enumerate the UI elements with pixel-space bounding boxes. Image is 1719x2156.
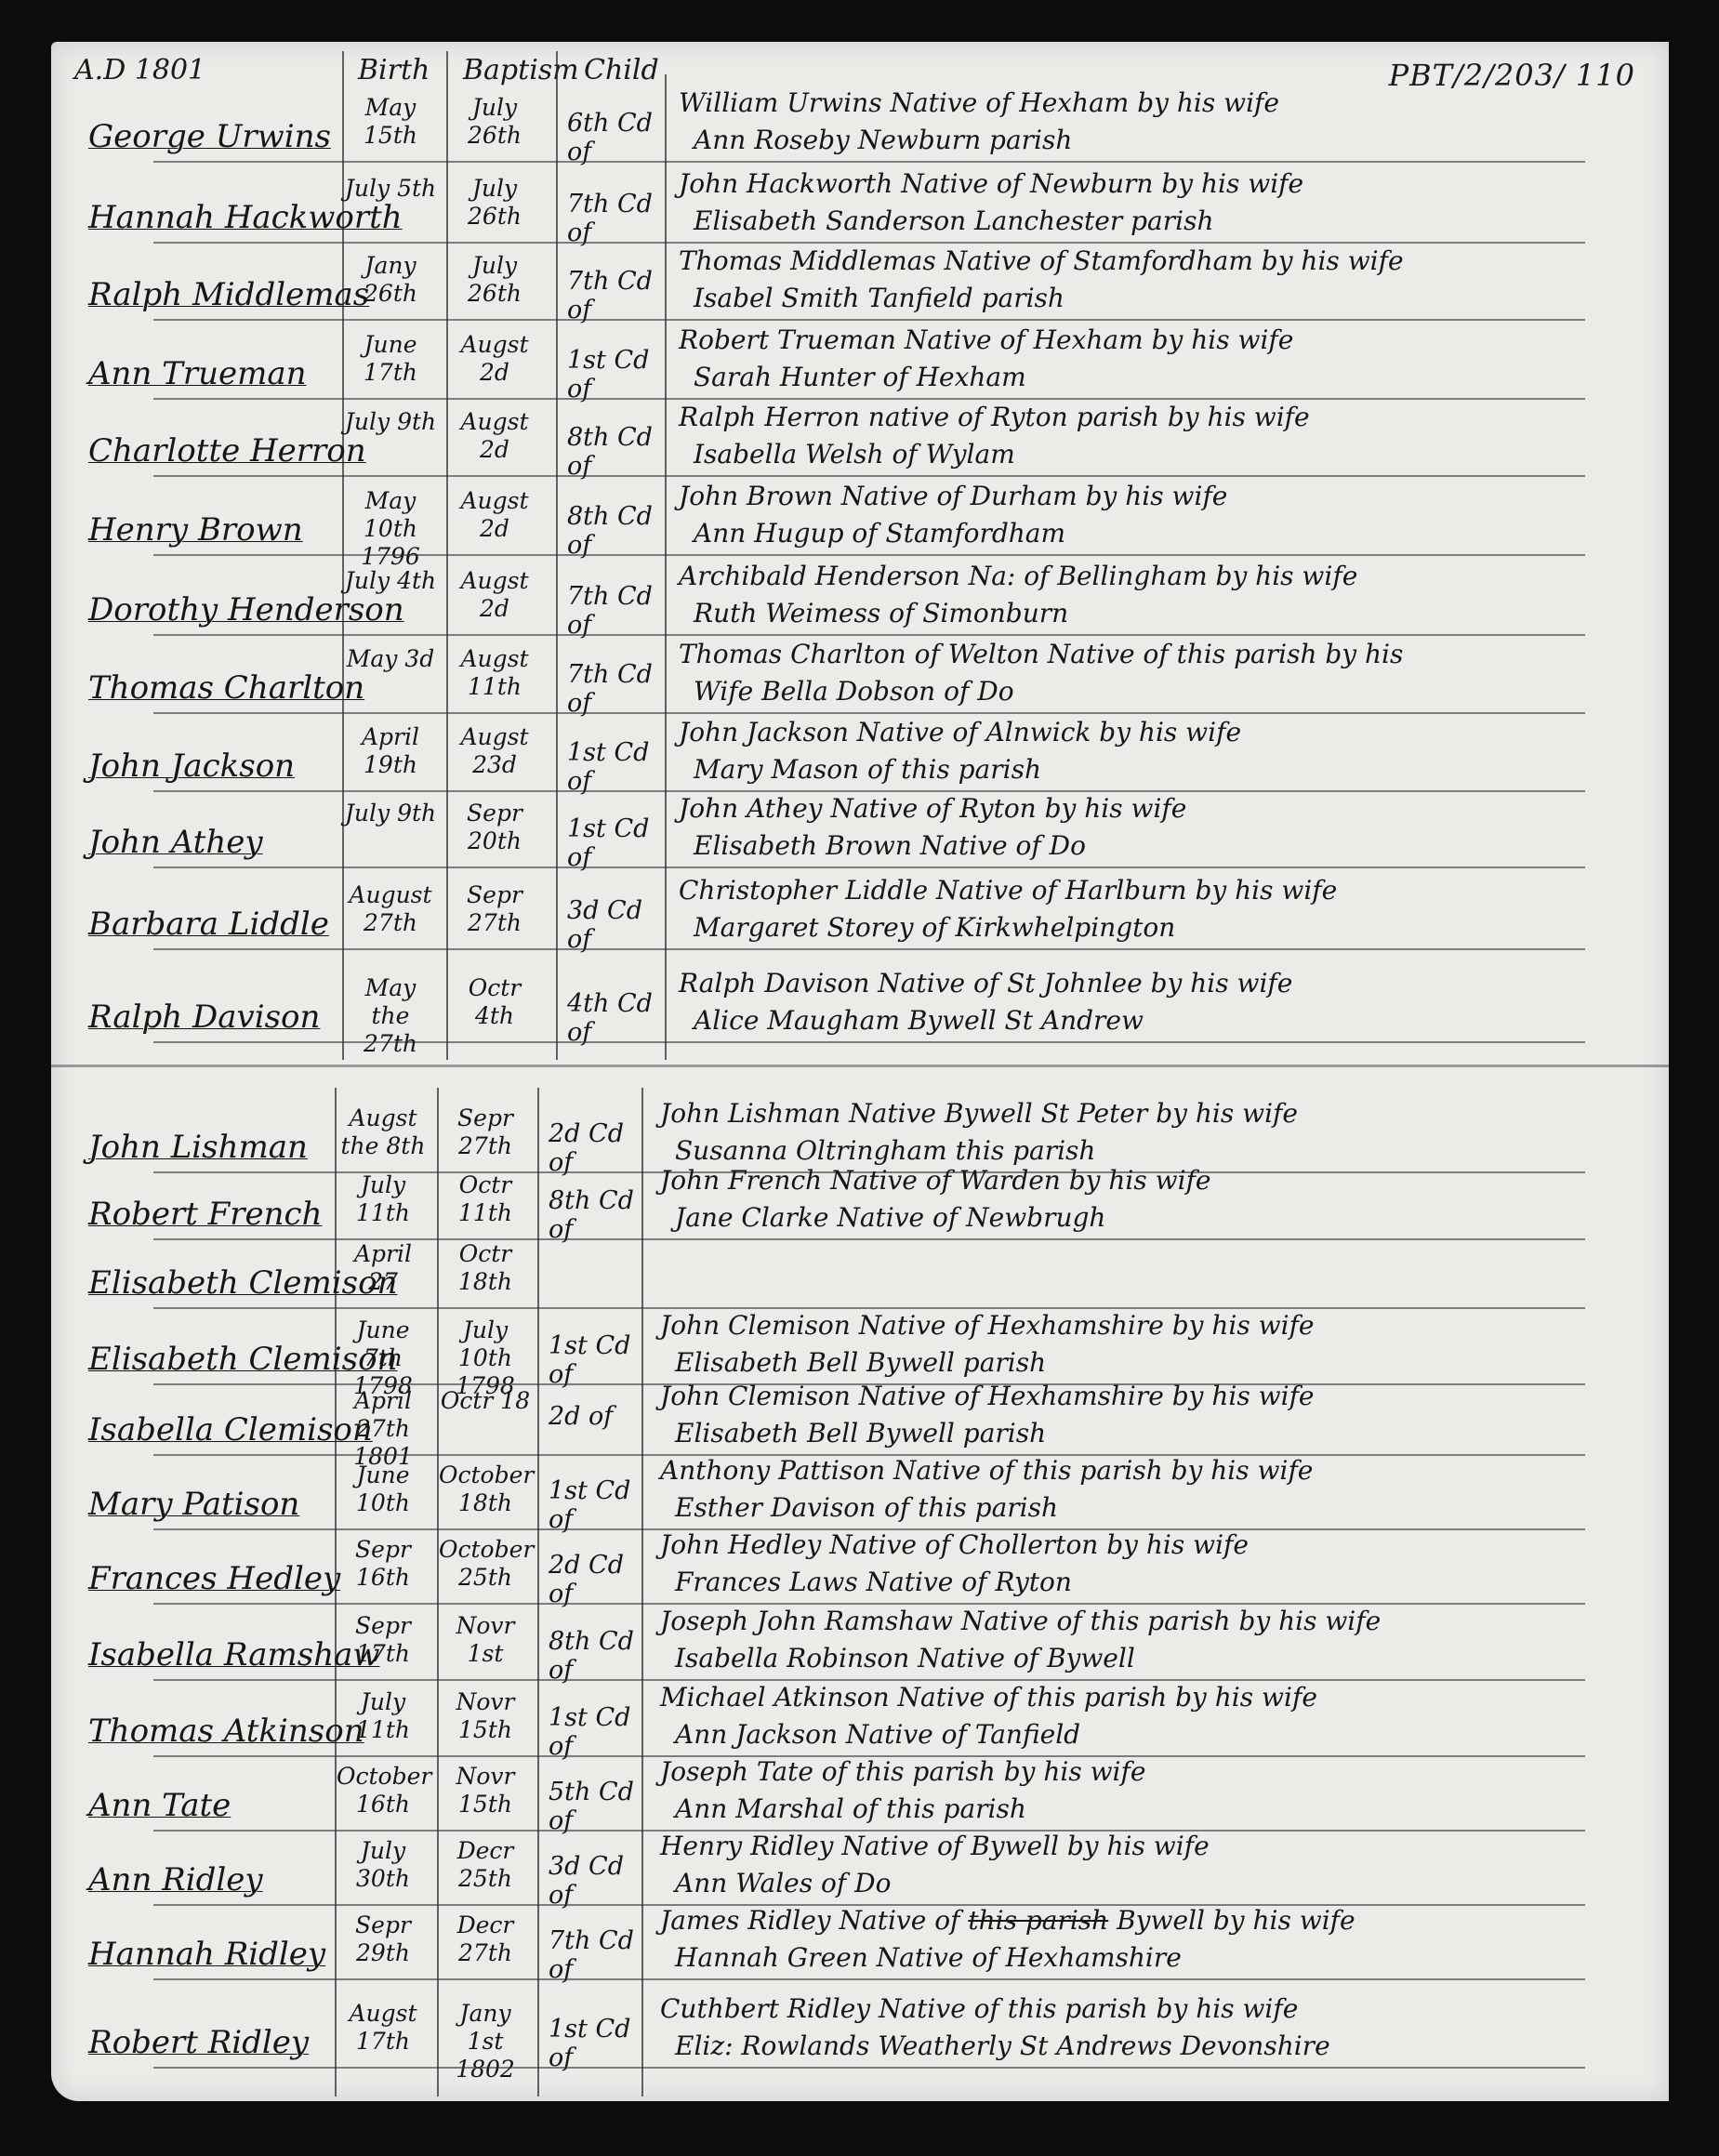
- register-entry: Elisabeth Clemison June 7th 1798 July 10…: [51, 1309, 1669, 1385]
- parents-record: John Brown Native of Durham by his wife …: [679, 478, 1227, 552]
- parents-line-2: Jane Clarke Native of Newbrugh: [660, 1199, 1211, 1237]
- parents-record: Ralph Herron native of Ryton parish by h…: [679, 399, 1310, 473]
- child-name: Charlotte Herron: [88, 432, 366, 470]
- parents-line-2: Elisabeth Bell Bywell parish: [660, 1344, 1315, 1382]
- parents-record: Joseph Tate of this parish by his wife A…: [660, 1753, 1145, 1828]
- parents-record: John French Native of Warden by his wife…: [660, 1162, 1211, 1237]
- baptism-date: Sepr 27th: [448, 881, 541, 937]
- child-name: Ann Ridley: [88, 1861, 263, 1898]
- parents-record: Thomas Charlton of Welton Native of this…: [679, 636, 1403, 710]
- parents-line-1: John Athey Native of Ryton by his wife: [679, 793, 1186, 824]
- baptism-date: Augst 2d: [448, 487, 541, 543]
- parents-line-1: Archibald Henderson Na: of Bellingham by…: [679, 561, 1357, 591]
- birth-date: July 5th: [344, 175, 437, 203]
- struck-text: this parish: [968, 1905, 1108, 1936]
- baptism-date: Octr 11th: [439, 1171, 532, 1227]
- parents-record: Christopher Liddle Native of Harlburn by…: [679, 872, 1337, 946]
- child-name: Ann Trueman: [88, 355, 307, 392]
- register-entry: Ann Trueman June 17th Augst 2d 1st Cd of…: [51, 321, 1669, 400]
- parents-line-2: Ann Hugup of Stamfordham: [679, 515, 1227, 552]
- parents-line-1: Ralph Davison Native of St Johnlee by hi…: [679, 968, 1292, 999]
- parents-line-2: Wife Bella Dobson of Do: [679, 673, 1403, 710]
- child-order: 8th Cd of: [567, 423, 669, 481]
- parents-record: Joseph John Ramshaw Native of this paris…: [660, 1603, 1381, 1677]
- parents-record: John Jackson Native of Alnwick by his wi…: [679, 714, 1241, 788]
- child-name: Dorothy Henderson: [88, 591, 404, 628]
- baptism-date: Octr 4th: [448, 974, 541, 1030]
- parents-line-2: Eliz: Rowlands Weatherly St Andrews Devo…: [660, 2028, 1330, 2065]
- parents-line-1: John Lishman Native Bywell St Peter by h…: [660, 1098, 1298, 1129]
- register-entry: Ann Tate October 16th Novr 15th 5th Cd o…: [51, 1757, 1669, 1832]
- register-entry: John Athey July 9th Sepr 20th 1st Cd of …: [51, 792, 1669, 868]
- child-name: John Lishman: [88, 1129, 308, 1166]
- birth-date: May the 27th: [344, 974, 437, 1058]
- child-order: 2d Cd of: [549, 1551, 651, 1608]
- parents-record: John Clemison Native of Hexhamshire by h…: [660, 1378, 1315, 1452]
- birth-date: October 16th: [337, 1763, 430, 1819]
- birth-date: August 27th: [344, 881, 437, 937]
- register-entry: Ann Ridley July 30th Decr 25th 3d Cd of …: [51, 1832, 1669, 1906]
- parents-line-2: Isabella Welsh of Wylam: [679, 436, 1310, 473]
- parents-line-1: Michael Atkinson Native of this parish b…: [660, 1682, 1317, 1713]
- parents-line-2: Elisabeth Bell Bywell parish: [660, 1415, 1315, 1452]
- birth-date: July 11th: [337, 1171, 430, 1227]
- child-name: Ralph Davison: [88, 999, 320, 1036]
- parents-line-1: Christopher Liddle Native of Harlburn by…: [679, 875, 1337, 906]
- baptism-date: October 18th: [439, 1462, 532, 1517]
- birth-date: Augst 17th: [337, 2000, 430, 2056]
- register-entry: Frances Hedley Sepr 16th October 25th 2d…: [51, 1530, 1669, 1605]
- child-order: 1st Cd of: [567, 814, 669, 872]
- parents-line-1: Thomas Charlton of Welton Native of this…: [679, 639, 1403, 669]
- parents-line-2: Mary Mason of this parish: [679, 751, 1241, 788]
- child-name: George Urwins: [88, 118, 331, 155]
- parents-record: John Hackworth Native of Newburn by his …: [679, 165, 1303, 240]
- child-order: 6th Cd of: [567, 109, 669, 166]
- parents-line-1: Joseph Tate of this parish by his wife: [660, 1756, 1145, 1787]
- child-name: Mary Patison: [88, 1486, 299, 1523]
- baptism-date: Octr 18th: [439, 1240, 532, 1296]
- parents-line-2: Frances Laws Native of Ryton: [660, 1564, 1249, 1601]
- register-entry: Barbara Liddle August 27th Sepr 27th 3d …: [51, 868, 1669, 950]
- register-entry: Robert French July 11th Octr 11th 8th Cd…: [51, 1173, 1669, 1240]
- birth-date: July 30th: [337, 1837, 430, 1893]
- baptism-date: Decr 25th: [439, 1837, 532, 1893]
- parents-line-1: John Clemison Native of Hexhamshire by h…: [660, 1310, 1315, 1341]
- child-name: Thomas Charlton: [88, 669, 364, 707]
- parents-record: John Clemison Native of Hexhamshire by h…: [660, 1307, 1315, 1382]
- parents-line-1: Henry Ridley Native of Bywell by his wif…: [660, 1831, 1210, 1861]
- page-fold-line: [51, 1065, 1669, 1067]
- register-entry: Ralph Davison May the 27th Octr 4th 4th …: [51, 950, 1669, 1043]
- parents-record: Henry Ridley Native of Bywell by his wif…: [660, 1828, 1210, 1902]
- parents-line-1: John Hedley Native of Chollerton by his …: [660, 1529, 1249, 1560]
- birth-date: April 19th: [344, 723, 437, 779]
- parents-line-1: Ralph Herron native of Ryton parish by h…: [679, 402, 1310, 432]
- baptism-date: Augst 23d: [448, 723, 541, 779]
- birth-date: July 9th: [344, 800, 437, 827]
- parents-line-1: Cuthbert Ridley Native of this parish by…: [660, 1993, 1298, 2024]
- child-order: 2d of: [549, 1402, 651, 1431]
- child-name: Ann Tate: [88, 1787, 231, 1824]
- child-order: 7th Cd of: [549, 1926, 651, 1984]
- child-order: 3d Cd of: [549, 1852, 651, 1910]
- child-order: 7th Cd of: [567, 267, 669, 324]
- child-order: 2d Cd of: [549, 1119, 651, 1177]
- child-name: Robert French: [88, 1196, 322, 1233]
- birth-date: Sepr 17th: [337, 1612, 430, 1668]
- child-order: 1st Cd of: [549, 1703, 651, 1761]
- parents-record: William Urwins Native of Hexham by his w…: [679, 85, 1279, 159]
- baptism-date: Novr 15th: [439, 1688, 532, 1744]
- birth-date: July 4th: [344, 567, 437, 595]
- birth-date: Jany 26th: [344, 252, 437, 308]
- child-name: Isabella Clemison: [88, 1411, 373, 1448]
- row-rule: [153, 1041, 1585, 1043]
- child-order: 1st Cd of: [567, 738, 669, 796]
- parents-record: James Ridley Native of this parish Bywel…: [660, 1902, 1355, 1977]
- child-name: Hannah Ridley: [88, 1936, 325, 1973]
- register-entry: John Jackson April 19th Augst 23d 1st Cd…: [51, 714, 1669, 792]
- register-entry: Elisabeth Clemison April 27 Octr 18th: [51, 1240, 1669, 1309]
- parents-line-2: Margaret Storey of Kirkwhelpington: [679, 909, 1337, 946]
- baptism-date: Augst 2d: [448, 331, 541, 387]
- child-name: Barbara Liddle: [88, 906, 329, 943]
- baptism-date: Sepr 27th: [439, 1104, 532, 1160]
- baptism-date: Novr 15th: [439, 1763, 532, 1819]
- parents-line-2: Sarah Hunter of Hexham: [679, 359, 1293, 396]
- parents-record: Michael Atkinson Native of this parish b…: [660, 1679, 1317, 1753]
- parents-line-1: James Ridley Native of this parish Bywel…: [660, 1905, 1355, 1936]
- parents-line-1: John Hackworth Native of Newburn by his …: [679, 168, 1303, 199]
- register-entry: John Lishman Augst the 8th Sepr 27th 2d …: [51, 1090, 1669, 1173]
- parents-line-1: Thomas Middlemas Native of Stamfordham b…: [679, 245, 1404, 276]
- parents-line-2: Ann Roseby Newburn parish: [679, 122, 1279, 159]
- child-name: Frances Hedley: [88, 1560, 340, 1597]
- parents-line-2: Ruth Weimess of Simonburn: [679, 595, 1357, 632]
- parents-line-1: John French Native of Warden by his wife: [660, 1165, 1211, 1196]
- child-order: 1st Cd of: [549, 1476, 651, 1534]
- register-entry: Robert Ridley Augst 17th Jany 1st 1802 1…: [51, 1980, 1669, 2069]
- baptism-date: July 26th: [448, 252, 541, 308]
- baptism-date: Sepr 20th: [448, 800, 541, 855]
- register-entry: Charlotte Herron July 9th Augst 2d 8th C…: [51, 400, 1669, 477]
- parents-line-2: Ann Marshal of this parish: [660, 1791, 1145, 1828]
- child-order: 7th Cd of: [567, 582, 669, 640]
- parents-line-2: Isabella Robinson Native of Bywell: [660, 1640, 1381, 1677]
- parents-record: Thomas Middlemas Native of Stamfordham b…: [679, 243, 1404, 317]
- child-name: John Athey: [88, 824, 263, 861]
- baptism-date: Decr 27th: [439, 1911, 532, 1967]
- parents-line-2: Esther Davison of this parish: [660, 1489, 1313, 1527]
- parents-line-1: John Clemison Native of Hexhamshire by h…: [660, 1381, 1315, 1411]
- baptism-date: Novr 1st: [439, 1612, 532, 1668]
- child-order: 7th Cd of: [567, 660, 669, 718]
- child-order: 5th Cd of: [549, 1778, 651, 1835]
- birth-date: April 27: [337, 1240, 430, 1296]
- register-entry: Hannah Hackworth July 5th July 26th 7th …: [51, 163, 1669, 244]
- child-order: 1st Cd of: [567, 346, 669, 403]
- child-order: 8th Cd of: [549, 1627, 651, 1685]
- baptism-date: Jany 1st 1802: [439, 2000, 532, 2083]
- baptism-date: Augst 2d: [448, 408, 541, 464]
- parents-record: John Athey Native of Ryton by his wife E…: [679, 790, 1186, 865]
- birth-date: Augst the 8th: [337, 1104, 430, 1160]
- register-entry: Dorothy Henderson July 4th Augst 2d 7th …: [51, 556, 1669, 636]
- register-entry: Isabella Clemison April 27th 1801 Octr 1…: [51, 1385, 1669, 1456]
- register-entry: Mary Patison June 10th October 18th 1st …: [51, 1456, 1669, 1530]
- parents-line-2: Alice Maugham Bywell St Andrew: [679, 1002, 1292, 1039]
- parents-line-1: William Urwins Native of Hexham by his w…: [679, 87, 1279, 118]
- parents-record: Ralph Davison Native of St Johnlee by hi…: [679, 965, 1292, 1039]
- parents-record: John Lishman Native Bywell St Peter by h…: [660, 1095, 1298, 1170]
- row-rule: [153, 2067, 1585, 2069]
- child-order: 8th Cd of: [567, 502, 669, 560]
- parents-record: Archibald Henderson Na: of Bellingham by…: [679, 558, 1357, 632]
- parents-line-2: Hannah Green Native of Hexhamshire: [660, 1939, 1355, 1977]
- birth-date: July 9th: [344, 408, 437, 436]
- parents-line-2: Elisabeth Brown Native of Do: [679, 827, 1186, 865]
- register-entry: Hannah Ridley Sepr 29th Decr 27th 7th Cd…: [51, 1906, 1669, 1980]
- register-entry: Isabella Ramshaw Sepr 17th Novr 1st 8th …: [51, 1605, 1669, 1681]
- parents-line-2: Ann Wales of Do: [660, 1865, 1210, 1902]
- register-entry: Thomas Charlton May 3d Augst 11th 7th Cd…: [51, 636, 1669, 714]
- child-order: 3d Cd of: [567, 896, 669, 954]
- parents-line-1: John Brown Native of Durham by his wife: [679, 481, 1227, 511]
- child-name: Robert Ridley: [88, 2024, 309, 2061]
- child-order: 7th Cd of: [567, 190, 669, 247]
- birth-date: July 11th: [337, 1688, 430, 1744]
- child-order: 1st Cd of: [549, 2015, 651, 2072]
- parents-record: Robert Trueman Native of Hexham by his w…: [679, 322, 1293, 396]
- parents-line-1: Robert Trueman Native of Hexham by his w…: [679, 324, 1293, 355]
- baptism-date: July 26th: [448, 94, 541, 150]
- birth-date: May 15th: [344, 94, 437, 150]
- parents-record: Anthony Pattison Native of this parish b…: [660, 1452, 1313, 1527]
- child-name: Hannah Hackworth: [88, 199, 403, 236]
- birth-date: Sepr 16th: [337, 1536, 430, 1592]
- parents-record: John Hedley Native of Chollerton by his …: [660, 1527, 1249, 1601]
- register-entry: Thomas Atkinson July 11th Novr 15th 1st …: [51, 1681, 1669, 1757]
- child-order: 4th Cd of: [567, 989, 669, 1047]
- child-name: Thomas Atkinson: [88, 1713, 364, 1750]
- child-order: 1st Cd of: [549, 1331, 651, 1389]
- parents-record: Cuthbert Ridley Native of this parish by…: [660, 1991, 1330, 2065]
- birth-date: June 10th: [337, 1462, 430, 1517]
- parents-line-1: John Jackson Native of Alnwick by his wi…: [679, 717, 1241, 747]
- register-entry: Henry Brown May 10th 1796 Augst 2d 8th C…: [51, 477, 1669, 556]
- parents-line-2: Elisabeth Sanderson Lanchester parish: [679, 203, 1303, 240]
- birth-date: May 3d: [344, 645, 437, 673]
- baptism-date: July 26th: [448, 175, 541, 231]
- parents-line-1: Joseph John Ramshaw Native of this paris…: [660, 1606, 1381, 1636]
- register-entry: Ralph Middlemas Jany 26th July 26th 7th …: [51, 244, 1669, 321]
- baptism-date: October 25th: [439, 1536, 532, 1592]
- parents-line-2: Isabel Smith Tanfield parish: [679, 280, 1404, 317]
- parents-line-1: Anthony Pattison Native of this parish b…: [660, 1455, 1313, 1486]
- baptism-date: Augst 2d: [448, 567, 541, 623]
- register-entry: George Urwins May 15th July 26th 6th Cd …: [51, 82, 1669, 163]
- birth-date: Sepr 29th: [337, 1911, 430, 1967]
- baptism-date: Augst 11th: [448, 645, 541, 701]
- parents-line-2: Ann Jackson Native of Tanfield: [660, 1716, 1317, 1753]
- child-order: 8th Cd of: [549, 1186, 651, 1244]
- birth-date: June 17th: [344, 331, 437, 387]
- child-name: Henry Brown: [88, 511, 303, 549]
- baptism-date: Octr 18: [439, 1387, 532, 1415]
- child-name: Ralph Middlemas: [88, 276, 369, 313]
- child-name: John Jackson: [88, 747, 295, 785]
